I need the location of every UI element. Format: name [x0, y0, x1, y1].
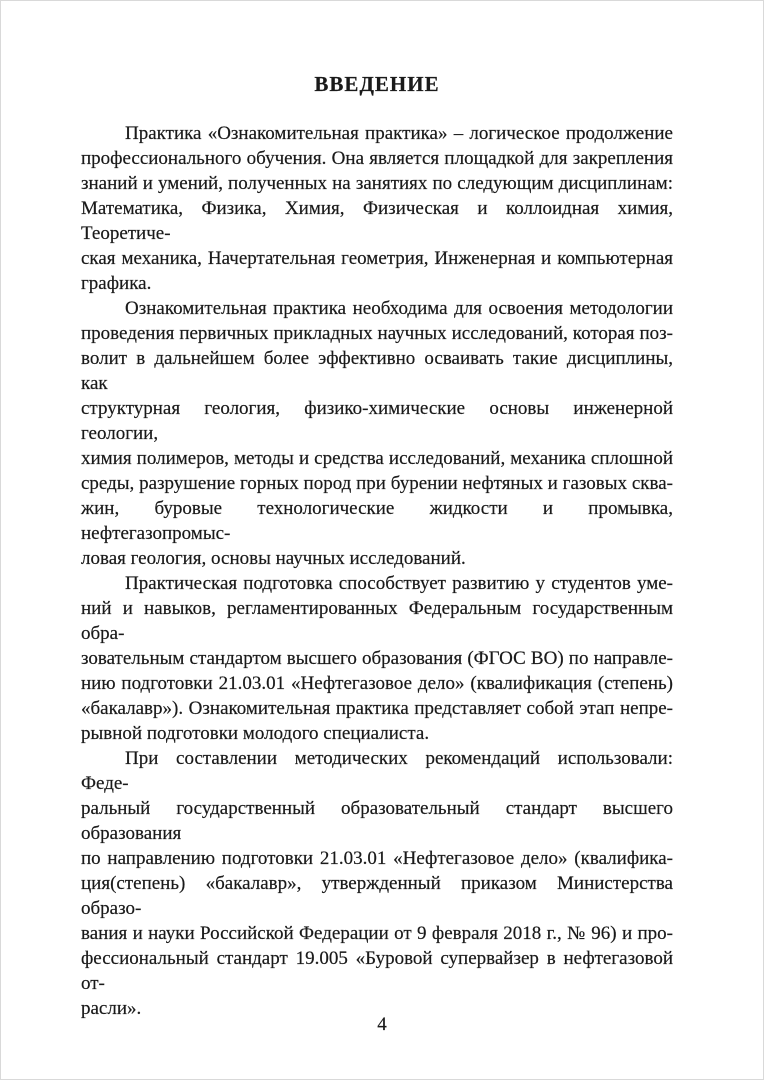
- text-line: ская механика, Начертательная геометрия,…: [81, 246, 673, 271]
- paragraph: Практика «Ознакомительная практика» – ло…: [81, 121, 673, 296]
- text-line: ний и навыков, регламентированных Федера…: [81, 596, 673, 646]
- text-line: среды, разрушение горных пород при бурен…: [81, 471, 673, 496]
- text-line: ция(степень) «бакалавр», утвержденный пр…: [81, 871, 673, 921]
- text-line: рывной подготовки молодого специалиста.: [81, 721, 673, 746]
- text-line: жин, буровые технологические жидкости и …: [81, 496, 673, 546]
- paragraph: При составлении методических рекомендаци…: [81, 746, 673, 1021]
- text-line: Практика «Ознакомительная практика» – ло…: [81, 121, 673, 146]
- page-title: ВВЕДЕНИЕ: [81, 72, 673, 97]
- paragraph: Ознакомительная практика необходима для …: [81, 296, 673, 571]
- text-line: химия полимеров, методы и средства иссле…: [81, 446, 673, 471]
- text-line: ральный государственный образовательный …: [81, 796, 673, 846]
- text-line: ловая геология, основы научных исследова…: [81, 546, 673, 571]
- body-text: Практика «Ознакомительная практика» – ло…: [81, 121, 673, 1021]
- page-number: 4: [1, 1012, 763, 1037]
- paragraph: Практическая подготовка способствует раз…: [81, 571, 673, 746]
- text-line: графика.: [81, 271, 673, 296]
- text-line: вания и науки Российской Федерации от 9 …: [81, 921, 673, 946]
- text-line: зовательным стандартом высшего образован…: [81, 646, 673, 671]
- text-line: При составлении методических рекомендаци…: [81, 746, 673, 796]
- text-line: Ознакомительная практика необходима для …: [81, 296, 673, 321]
- text-line: Практическая подготовка способствует раз…: [81, 571, 673, 596]
- text-line: нию подготовки 21.03.01 «Нефтегазовое де…: [81, 671, 673, 696]
- text-line: знаний и умений, полученных на занятиях …: [81, 171, 673, 196]
- text-line: структурная геология, физико-химические …: [81, 396, 673, 446]
- text-line: Математика, Физика, Химия, Физическая и …: [81, 196, 673, 246]
- text-line: «бакалавр»). Ознакомительная практика пр…: [81, 696, 673, 721]
- text-line: проведения первичных прикладных научных …: [81, 321, 673, 346]
- text-line: волит в дальнейшем более эффективно осва…: [81, 346, 673, 396]
- document-page: ВВЕДЕНИЕ Практика «Ознакомительная практ…: [0, 0, 764, 1080]
- text-line: фессиональный стандарт 19.005 «Буровой с…: [81, 946, 673, 996]
- text-line: профессионального обучения. Она является…: [81, 146, 673, 171]
- text-line: по направлению подготовки 21.03.01 «Нефт…: [81, 846, 673, 871]
